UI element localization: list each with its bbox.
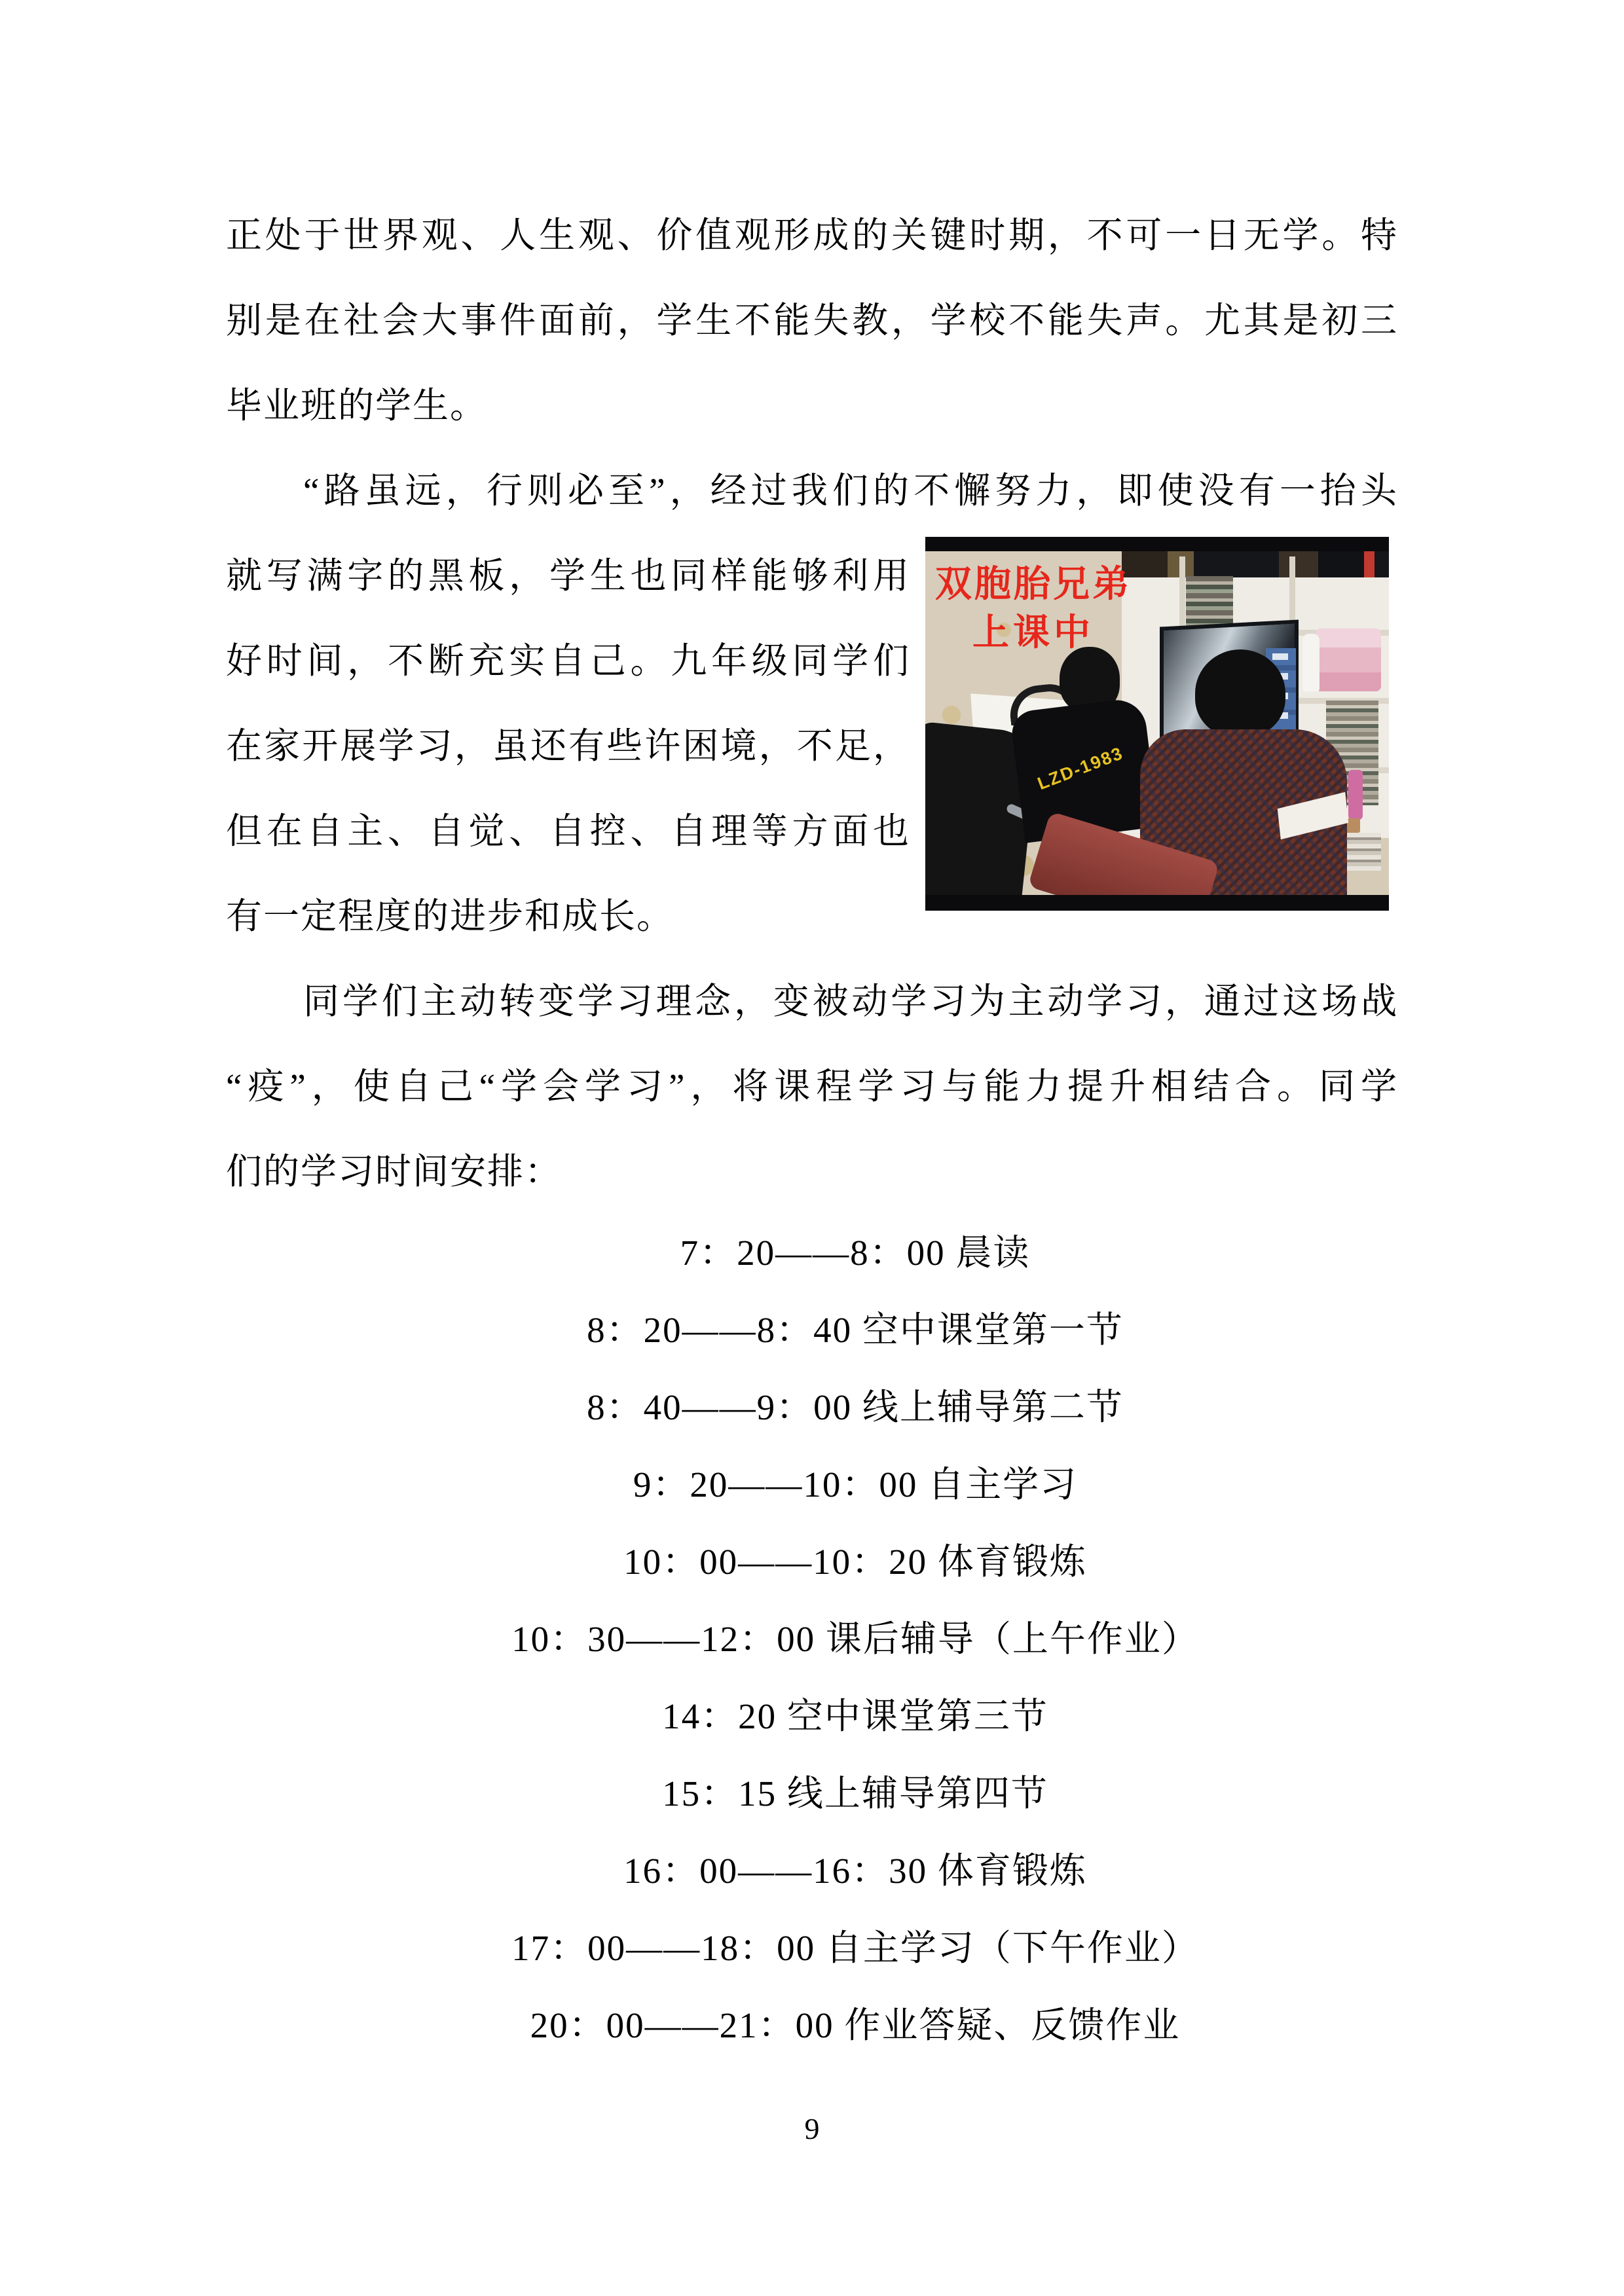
text-line: 同学们主动转变学习理念，变被动学习为主动学习，通过这场战 bbox=[226, 959, 1398, 1044]
schedule-item: 10：00——10：20 体育锻炼 bbox=[312, 1523, 1398, 1601]
photo-caption-line1: 双胞胎兄弟 bbox=[932, 560, 1135, 609]
document-page: 正处于世界观、人生观、价值观形成的关键时期，不可一日无学。特 别是在社会大事件面… bbox=[0, 0, 1624, 2296]
photo-white-bottle bbox=[1302, 634, 1319, 691]
paragraph-2-wrapped: 就写满字的黑板，学生也同样能够利用 好时间，不断充实自己。九年级同学们 在家开展… bbox=[226, 534, 910, 959]
photo-pink-bottle bbox=[1348, 770, 1363, 820]
paragraph-1: 正处于世界观、人生观、价值观形成的关键时期，不可一日无学。特 别是在社会大事件面… bbox=[226, 193, 1398, 448]
photo-caption-line2: 上课中 bbox=[932, 609, 1135, 657]
study-schedule-list: 7：20——8：00 晨读 8：20——8：40 空中课堂第一节 8：40——9… bbox=[226, 1214, 1398, 2064]
text-line: 别是在社会大事件面前，学生不能失教，学校不能失声。尤其是初三 bbox=[226, 278, 1398, 363]
text-line: 们的学习时间安排： bbox=[226, 1129, 1398, 1214]
schedule-item: 7：20——8：00 晨读 bbox=[312, 1214, 1398, 1292]
photo-twins-studying: LZD-1983 双胞胎兄弟 上课中 bbox=[925, 537, 1389, 911]
text-line: 就写满字的黑板，学生也同样能够利用 bbox=[226, 534, 910, 619]
photo-shirt-text: LZD-1983 bbox=[1035, 735, 1146, 794]
schedule-item: 9：20——10：00 自主学习 bbox=[312, 1446, 1398, 1523]
text-line: “路虽远，行则必至”，经过我们的不懈努力，即使没有一抬头 bbox=[226, 448, 1398, 534]
photo-letterbox-bar bbox=[925, 537, 1389, 551]
text-line: 在家开展学习，虽还有些许困境，不足， bbox=[226, 704, 910, 789]
schedule-item: 15：15 线上辅导第四节 bbox=[312, 1755, 1398, 1832]
page-number: 9 bbox=[0, 2109, 1624, 2149]
schedule-item: 8：40——9：00 线上辅导第二节 bbox=[312, 1369, 1398, 1446]
schedule-item: 16：00——16：30 体育锻炼 bbox=[312, 1832, 1398, 1910]
schedule-item: 14：20 空中课堂第三节 bbox=[312, 1678, 1398, 1755]
text-line: 正处于世界观、人生观、价值观形成的关键时期，不可一日无学。特 bbox=[226, 193, 1398, 278]
schedule-item: 8：20——8：40 空中课堂第一节 bbox=[312, 1292, 1398, 1369]
text-line: 有一定程度的进步和成长。 bbox=[226, 874, 910, 959]
paragraph-3: 同学们主动转变学习理念，变被动学习为主动学习，通过这场战 “疫”，使自己“学会学… bbox=[226, 959, 1398, 1214]
photo-shelf-top-items bbox=[1122, 551, 1389, 577]
text-line: 好时间，不断充实自己。九年级同学们 bbox=[226, 619, 910, 704]
schedule-item: 17：00——18：00 自主学习（下午作业） bbox=[312, 1910, 1398, 1987]
photo-caption-overlay: 双胞胎兄弟 上课中 bbox=[932, 560, 1135, 657]
schedule-item: 20：00——21：00 作业答疑、反馈作业 bbox=[312, 1987, 1398, 2064]
photo-boy2-head bbox=[1195, 649, 1285, 737]
text-line: “疫”，使自己“学会学习”，将课程学习与能力提升相结合。同学 bbox=[226, 1044, 1398, 1129]
schedule-item: 10：30——12：00 课后辅导（上午作业） bbox=[312, 1601, 1398, 1678]
body-text: 正处于世界观、人生观、价值观形成的关键时期，不可一日无学。特 别是在社会大事件面… bbox=[226, 193, 1398, 2064]
text-line: 毕业班的学生。 bbox=[226, 363, 1398, 448]
photo-letterbox-bar bbox=[925, 895, 1389, 911]
text-line: 但在自主、自觉、自控、自理等方面也 bbox=[226, 789, 910, 874]
photo-pink-box bbox=[1316, 629, 1381, 691]
